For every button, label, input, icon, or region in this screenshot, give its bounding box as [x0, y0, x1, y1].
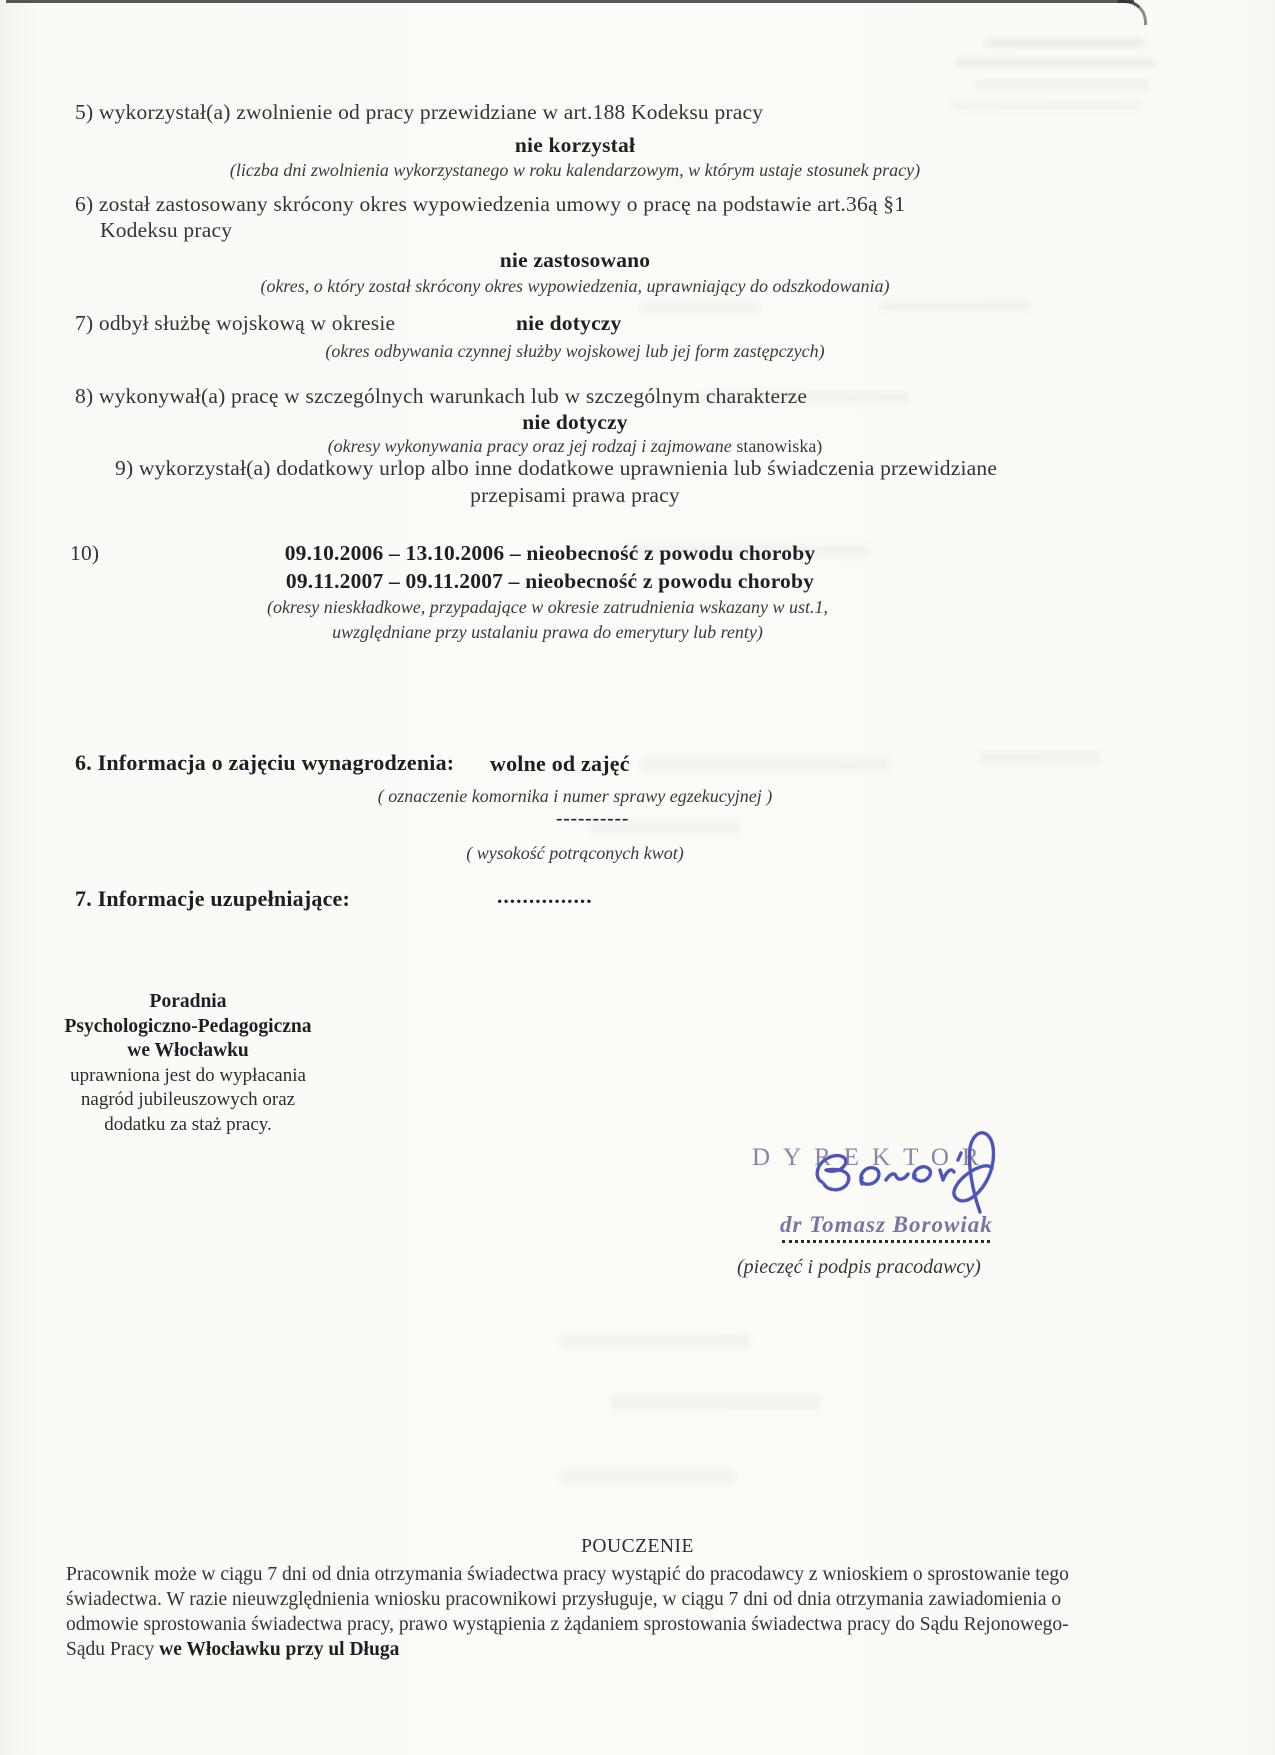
item-8-caption-italic: (okresy wykonywania pracy oraz jej rodza… — [328, 436, 737, 456]
signature-caption: (pieczęć i podpis pracodawcy) — [737, 1256, 981, 1279]
pouczenie-line: Pracownik może w ciągu 7 dni od dnia otr… — [66, 1562, 1156, 1587]
item-7-text: 7) odbył służbę wojskową w okresie — [75, 311, 395, 336]
item-10-absence-line1: 09.10.2006 – 13.10.2006 – nieobecność z … — [0, 541, 1100, 566]
section-7-heading: 7. Informacje uzupełniające: — [75, 886, 350, 912]
employer-stamp-line: Poradnia — [58, 990, 318, 1015]
bleed-through-mark — [560, 1335, 750, 1348]
bleed-through-mark — [985, 38, 1145, 48]
scan-top-edge — [6, 0, 1134, 3]
director-name-stamp: dr Tomasz Borowiak — [780, 1212, 993, 1238]
item-6-answer: nie zastosowano — [0, 248, 1150, 273]
bleed-through-mark — [975, 80, 1150, 90]
item-5-answer: nie korzystał — [0, 133, 1150, 158]
item-6-caption: (okres, o który został skrócony okres wy… — [0, 276, 1150, 297]
employer-stamp-block: Poradnia Psychologiczno-Pedagogiczna we … — [58, 990, 318, 1137]
item-7-caption: (okres odbywania czynnej służby wojskowe… — [0, 341, 1150, 362]
pouczenie-line: Sądu Pracy we Włocławku przy ul Długa — [66, 1637, 1156, 1662]
signature-dotted-line — [782, 1240, 990, 1243]
bleed-through-mark — [955, 58, 1155, 68]
employer-stamp-line: uprawniona jest do wypłacania — [58, 1064, 318, 1089]
item-8-caption-tail: stanowiska) — [736, 436, 822, 456]
bleed-through-mark — [950, 101, 1140, 110]
employer-stamp-line: dodatku za staż pracy. — [58, 1113, 318, 1138]
item-6-text-line1: 6) został zastosowany skrócony okres wyp… — [75, 192, 905, 217]
employer-stamp-line: we Włocławku — [58, 1039, 318, 1064]
pouczenie-line: świadectwa. W razie nieuwzględnienia wni… — [66, 1587, 1156, 1612]
item-10-caption-line1: (okresy nieskładkowe, przypadające w okr… — [0, 597, 1095, 618]
item-8-answer: nie dotyczy — [0, 410, 1150, 435]
section-7-dots: ............... — [497, 884, 593, 909]
item-6-text-line2: Kodeksu pracy — [100, 218, 232, 243]
bleed-through-mark — [640, 302, 760, 313]
item-9-text-line2: przepisami prawa pracy — [0, 483, 1150, 508]
bleed-through-mark — [880, 300, 1030, 311]
scanned-document-page: { "doc": { "items": [ { "text": "5) wyko… — [0, 0, 1275, 1755]
item-7-answer: nie dotyczy — [516, 311, 622, 336]
bleed-through-mark — [610, 1395, 820, 1409]
section-6-heading: 6. Informacja o zajęciu wynagrodzenia: — [75, 750, 454, 776]
pouczenie-last-line-prefix: Sądu Pracy — [66, 1639, 159, 1660]
item-5-caption: (liczba dni zwolnienia wykorzystanego w … — [0, 160, 1150, 181]
pouczenie-last-line-bold: we Włocławku przy ul Długa — [159, 1639, 399, 1660]
bleed-through-mark — [980, 752, 1100, 765]
scan-top-corner — [1118, 0, 1147, 25]
item-8-text: 8) wykonywał(a) pracę w szczególnych war… — [75, 384, 807, 409]
item-10-absence-line2: 09.11.2007 – 09.11.2007 – nieobecność z … — [0, 569, 1100, 594]
item-10-caption-line2: uwzględniane przy ustalaniu prawa do eme… — [0, 622, 1095, 643]
section-6-answer: wolne od zajęć — [490, 751, 630, 777]
item-8-caption: (okresy wykonywania pracy oraz jej rodza… — [0, 436, 1150, 457]
bleed-through-mark — [560, 1470, 735, 1483]
item-9-text-line1: 9) wykorzystał(a) dodatkowy urlop albo i… — [115, 456, 997, 481]
bleed-through-mark — [640, 758, 890, 771]
pouczenie-paragraph: Pracownik może w ciągu 7 dni od dnia otr… — [66, 1562, 1156, 1662]
pouczenie-heading: POUCZENIE — [0, 1536, 1275, 1558]
employer-stamp-line: nagród jubileuszowych oraz — [58, 1088, 318, 1113]
item-5-text: 5) wykorzystał(a) zwolnienie od pracy pr… — [75, 100, 763, 125]
section-6-caption1: ( oznaczenie komornika i numer sprawy eg… — [0, 786, 1150, 807]
employer-stamp-line: Psychologiczno-Pedagogiczna — [58, 1015, 318, 1040]
section-6-caption2: ( wysokość potrąconych kwot) — [0, 843, 1150, 864]
section-6-dashes: ---------- — [556, 808, 629, 830]
pouczenie-line: odmowie sprostowania świadectwa pracy, p… — [66, 1612, 1156, 1637]
